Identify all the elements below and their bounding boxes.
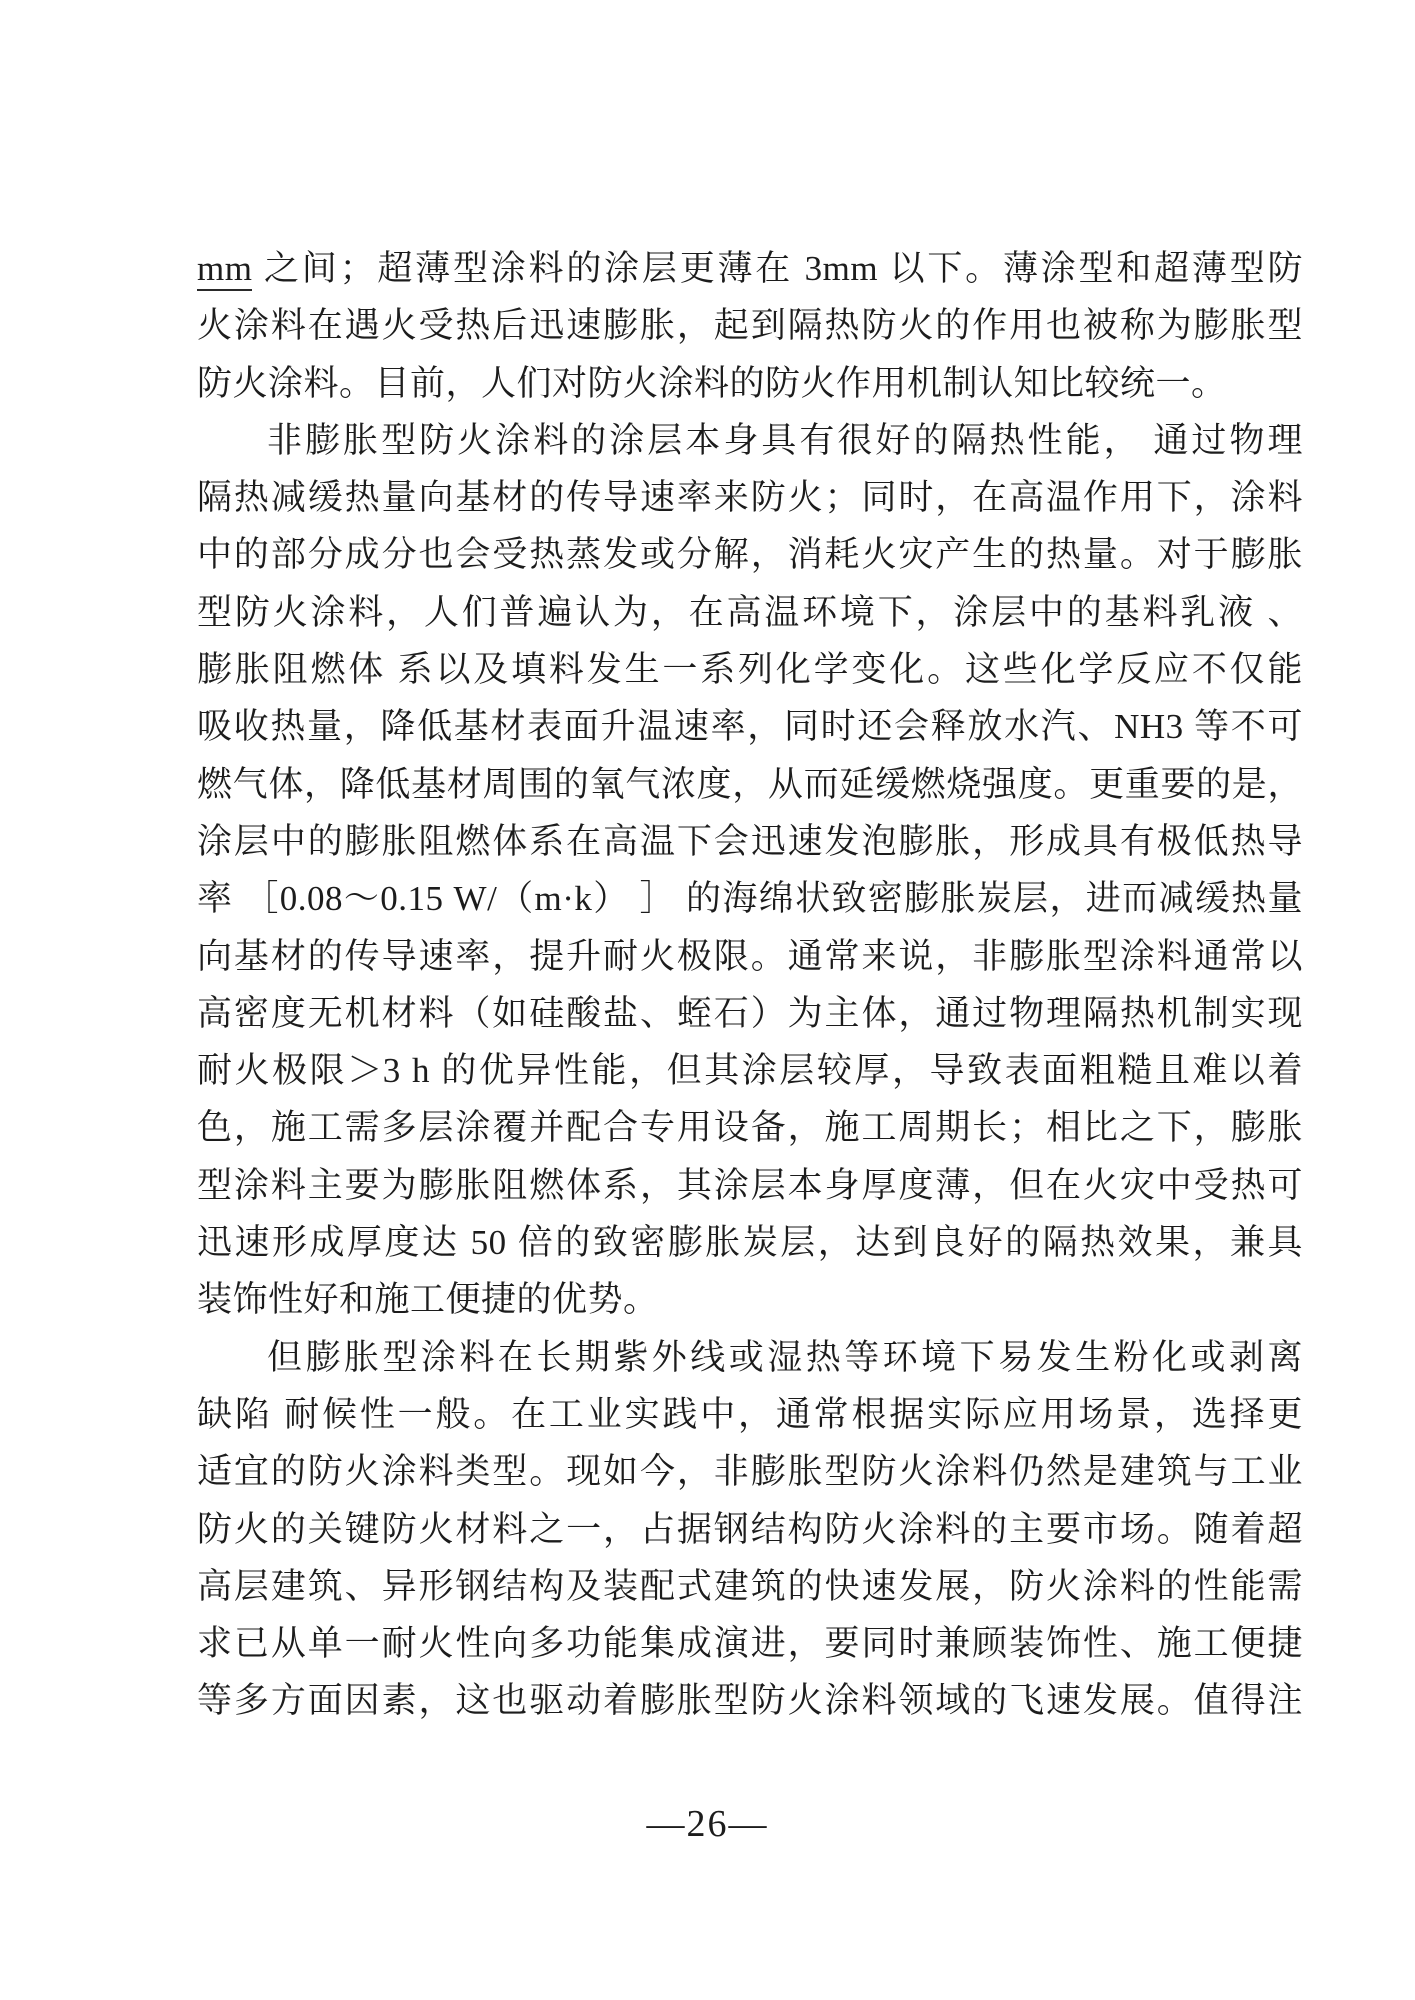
- page-number: —26—: [0, 1802, 1415, 1846]
- text-line: 型涂料主要为膨胀阻燃体系，其涂层本身厚度薄，但在火灾中受热可: [197, 1157, 1303, 1214]
- text-line: 适宜的防火涂料类型。现如今，非膨胀型防火涂料仍然是建筑与工业: [197, 1443, 1303, 1500]
- text-line: 高层建筑、异形钢结构及装配式建筑的快速发展，防火涂料的性能需: [197, 1558, 1303, 1615]
- body-text: mm 之间；超薄型涂料的涂层更薄在 3mm 以下。薄涂型和超薄型防火涂料在遇火受…: [197, 240, 1303, 1730]
- text-line: 高密度无机材料（如硅酸盐、蛭石）为主体，通过物理隔热机制实现: [197, 985, 1303, 1042]
- text-line: mm 之间；超薄型涂料的涂层更薄在 3mm 以下。薄涂型和超薄型防: [197, 240, 1303, 297]
- text-line: 率 ［0.08～0.15 W/（m·k） ］ 的海绵状致密膨胀炭层，进而减缓热量: [197, 870, 1303, 927]
- text-line: 防火的关键防火材料之一，占据钢结构防火涂料的主要市场。随着超: [197, 1501, 1303, 1558]
- text-line: 火涂料在遇火受热后迅速膨胀，起到隔热防火的作用也被称为膨胀型: [197, 297, 1303, 354]
- text-line: 但膨胀型涂料在长期紫外线或湿热等环境下易发生粉化或剥离: [197, 1329, 1303, 1386]
- text-line: 中的部分成分也会受热蒸发或分解，消耗火灾产生的热量。对于膨胀: [197, 526, 1303, 583]
- underlined-text: mm: [197, 249, 252, 291]
- text-line: 等多方面因素，这也驱动着膨胀型防火涂料领域的飞速发展。值得注: [197, 1672, 1303, 1729]
- text-line: 装饰性好和施工便捷的优势。: [197, 1271, 1303, 1328]
- text-line: 涂层中的膨胀阻燃体系在高温下会迅速发泡膨胀，形成具有极低热导: [197, 813, 1303, 870]
- text-line: 非膨胀型防火涂料的涂层本身具有很好的隔热性能， 通过物理: [197, 412, 1303, 469]
- text-line: 缺陷 耐候性一般。在工业实践中，通常根据实际应用场景，选择更: [197, 1386, 1303, 1443]
- text-line: 膨胀阻燃体 系以及填料发生一系列化学变化。这些化学反应不仅能: [197, 641, 1303, 698]
- text-line: 求已从单一耐火性向多功能集成演进，要同时兼顾装饰性、施工便捷: [197, 1615, 1303, 1672]
- text-line: 色，施工需多层涂覆并配合专用设备，施工周期长；相比之下，膨胀: [197, 1099, 1303, 1156]
- text-line: 向基材的传导速率，提升耐火极限。通常来说，非膨胀型涂料通常以: [197, 928, 1303, 985]
- text-line: 迅速形成厚度达 50 倍的致密膨胀炭层，达到良好的隔热效果，兼具: [197, 1214, 1303, 1271]
- document-page: mm 之间；超薄型涂料的涂层更薄在 3mm 以下。薄涂型和超薄型防火涂料在遇火受…: [0, 0, 1415, 2000]
- text-line: 型防火涂料，人们普遍认为，在高温环境下，涂层中的基料乳液 、: [197, 584, 1303, 641]
- text-line: 燃气体，降低基材周围的氧气浓度，从而延缓燃烧强度。更重要的是，: [197, 756, 1303, 813]
- text-line: 吸收热量，降低基材表面升温速率，同时还会释放水汽、NH3 等不可: [197, 698, 1303, 755]
- text-line: 防火涂料。目前，人们对防火涂料的防火作用机制认知比较统一。: [197, 355, 1303, 412]
- text-line: 隔热减缓热量向基材的传导速率来防火；同时，在高温作用下，涂料: [197, 469, 1303, 526]
- text-line: 耐火极限＞3 h 的优异性能，但其涂层较厚，导致表面粗糙且难以着: [197, 1042, 1303, 1099]
